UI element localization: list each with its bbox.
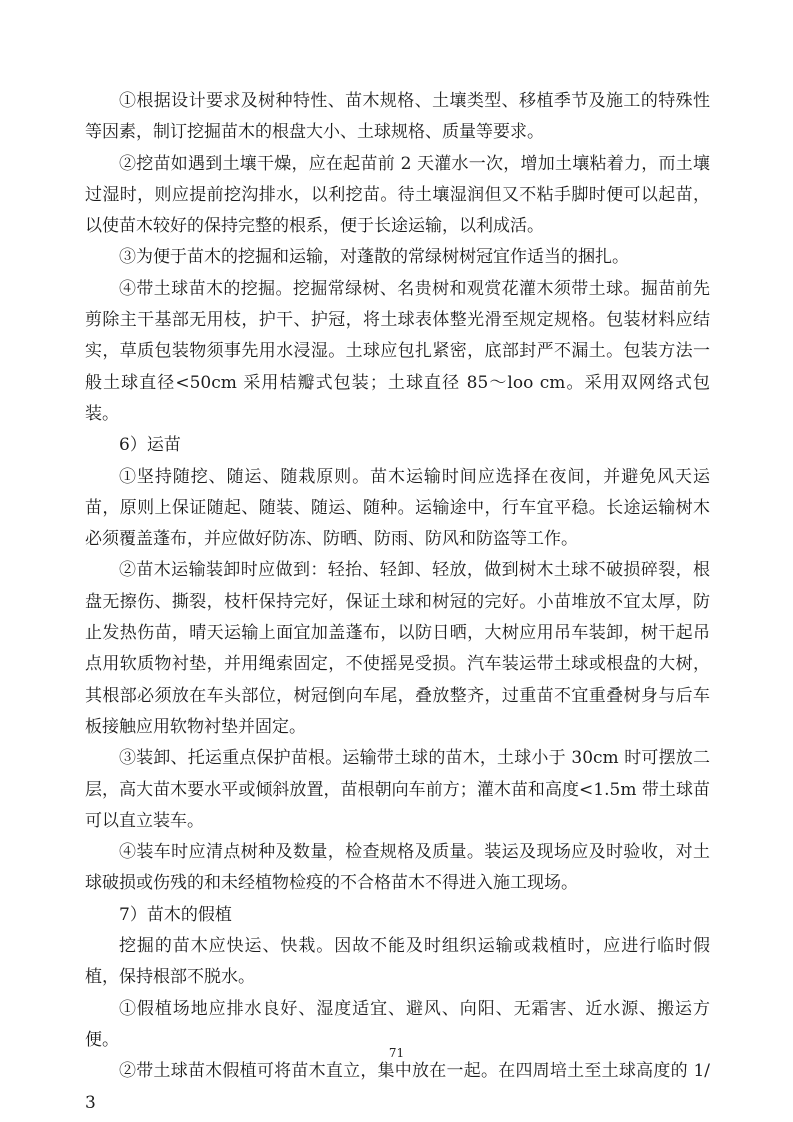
page-number: 71 — [389, 1046, 404, 1060]
paragraph-item-7: ③装卸、托运重点保护苗根。运输带土球的苗木，土球小于 30cm 时可摆放二层，高… — [85, 743, 710, 837]
section-heading-7: 7）苗木的假植 — [85, 900, 710, 931]
page-footer: 71 — [0, 1046, 793, 1060]
section-heading-6: 6）运苗 — [85, 430, 710, 461]
paragraph-item-4: ④带土球苗木的挖掘。挖掘常绿树、名贵树和观赏花灌木须带土球。掘苗前先剪除主干基部… — [85, 274, 710, 430]
paragraph-item-10: ②带土球苗木假植可将苗木直立，集中放在一起。在四周培土至土球高度的 1/3 — [85, 1056, 710, 1119]
paragraph-item-6: ②苗木运输装卸时应做到：轻抬、轻卸、轻放，做到树木土球不破损碎裂，根盘无擦伤、撕… — [85, 555, 710, 743]
paragraph-item-1: ①根据设计要求及树种特性、苗木规格、土壤类型、移植季节及施工的特殊性等因素，制订… — [85, 86, 710, 149]
paragraph-item-5: ①坚持随挖、随运、随栽原则。苗木运输时间应选择在夜间，并避免风天运苗，原则上保证… — [85, 462, 710, 556]
document-page: ①根据设计要求及树种特性、苗木规格、土壤类型、移植季节及施工的特殊性等因素，制订… — [0, 0, 793, 1122]
paragraph-item-2: ②挖苗如遇到土壤干燥，应在起苗前 2 天灌水一次，增加土壤粘着力，而土壤过湿时，… — [85, 149, 710, 243]
document-body: ①根据设计要求及树种特性、苗木规格、土壤类型、移植季节及施工的特殊性等因素，制订… — [85, 86, 710, 1119]
paragraph-item-8: ④装车时应清点树种及数量，检查规格及质量。装运及现场应及时验收，对土球破损或伤残… — [85, 837, 710, 900]
paragraph-item-3: ③为便于苗木的挖掘和运输，对蓬散的常绿树树冠宜作适当的捆扎。 — [85, 242, 710, 273]
paragraph-body: 挖掘的苗木应快运、快栽。因故不能及时组织运输或栽植时，应进行临时假植，保持根部不… — [85, 931, 710, 994]
